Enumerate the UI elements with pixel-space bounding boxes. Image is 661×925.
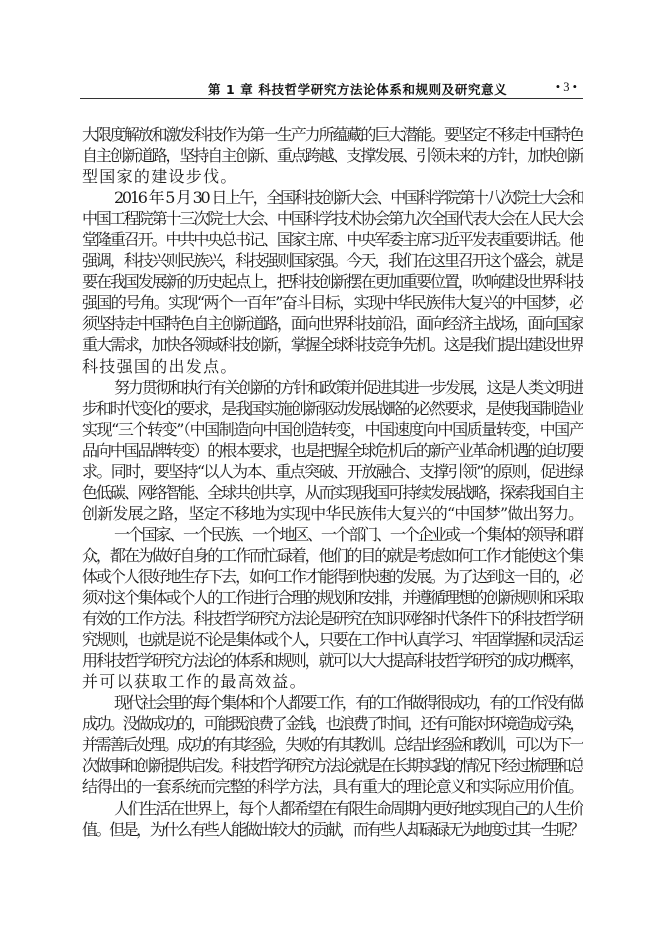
text-line: 成功。没做成功的，可能既浪费了金钱，也浪费了时间，还有可能对环境造成污染， (82, 713, 583, 734)
text-line: 型国家的建设步伐。 (82, 166, 583, 187)
text-line: 重大需求，加快各领域科技创新，掌握全球科技竞争先机。这是我们提出建设世界 (82, 334, 583, 355)
page-number: • 3 • (556, 80, 577, 95)
paragraph-first-line: 现代社会里的每个集体和个人都要工作，有的工作做得很成功，有的工作没有做 (82, 692, 583, 713)
text-line: 强调，科技兴则民族兴，科技强则国家强。今天，我们在这里召开这个盛会，就是 (82, 250, 583, 271)
text-line: 求。同时，要坚持“以人为本、重点突破、开放融合、支撑引领”的原则，促进绿 (82, 461, 583, 482)
chapter-title: 第 1 章 科技哲学研究方法论体系和规则及研究意义 (208, 80, 507, 98)
paragraph-first-line: 2016 年 5 月 30 日上午，全国科技创新大会、中国科学院第十八次院士大会… (82, 187, 583, 208)
body-text: 大限度解放和激发科技作为第一生产力所蕴藏的巨大潜能。要坚定不移走中国特色自主创新… (82, 124, 583, 840)
paragraph-first-line: 人们生活在世界上，每个人都希望在有限生命周期内更好地实现自己的人生价 (82, 798, 583, 819)
text-line: 创新发展之路，坚定不移地为实现中华民族伟大复兴的“中国梦”做出努力。 (82, 503, 583, 524)
text-line: 究规则，也就是说不论是集体或个人，只要在工作中认真学习、牢固掌握和灵活运 (82, 629, 583, 650)
text-line: 自主创新道路，坚持自主创新、重点跨越、支撑发展、引领未来的方针，加快创新 (82, 145, 583, 166)
text-line: 须对这个集体或个人的工作进行合理的规划和安排，并遵循理想的创新规则和采取 (82, 587, 583, 608)
document-page: 第 1 章 科技哲学研究方法论体系和规则及研究意义 • 3 • 大限度解放和激发… (0, 0, 661, 925)
running-header: 第 1 章 科技哲学研究方法论体系和规则及研究意义 • 3 • (80, 78, 583, 99)
text-line: 品向中国品牌转变）的根本要求，也是把握全球危机后的新产业革命机遇的迫切要 (82, 440, 583, 461)
text-line: 次做事和创新提供启发。科技哲学研究方法论就是在长期实践的情况下经过梳理和总 (82, 755, 583, 776)
text-line: 并可以获取工作的最高效益。 (82, 671, 583, 692)
text-line: 体或个人很好地生存下去，如何工作才能得到快速的发展。为了达到这一目的，必 (82, 566, 583, 587)
text-line: 用科技哲学研究方法论的体系和规则，就可以大大提高科技哲学研究的成功概率， (82, 650, 583, 671)
text-line: 要在我国发展新的历史起点上，把科技创新摆在更加重要位置，吹响建设世界科技 (82, 271, 583, 292)
text-line: 众，都在为做好自身的工作而忙碌着，他们的目的就是考虑如何工作才能使这个集 (82, 545, 583, 566)
text-line: 步和时代变化的要求，是我国实施创新驱动发展战略的必然要求，是使我国制造业 (82, 398, 583, 419)
text-line: 须坚持走中国特色自主创新道路，面向世界科技前沿，面向经济主战场，面向国家 (82, 313, 583, 334)
text-line: 实现“三个转变”（中国制造向中国创造转变，中国速度向中国质量转变，中国产 (82, 419, 583, 440)
paragraph-first-line: 一个国家、一个民族、一个地区、一个部门、一个企业或一个集体的领导和群 (82, 524, 583, 545)
text-line: 科技强国的出发点。 (82, 356, 583, 377)
text-line: 色低碳、网络智能、全球共创共享，从而实现我国可持续发展战略，探索我国自主 (82, 482, 583, 503)
paragraph-first-line: 努力贯彻和执行有关创新的方针和政策并促进其进一步发展，这是人类文明进 (82, 377, 583, 398)
text-line: 强国的号角。实现“两个一百年”奋斗目标，实现中华民族伟大复兴的中国梦，必 (82, 292, 583, 313)
text-line: 中国工程院第十三次院士大会、中国科学技术协会第九次全国代表大会在人民大会 (82, 208, 583, 229)
text-line: 堂隆重召开。中共中央总书记、国家主席、中央军委主席习近平发表重要讲话。他 (82, 229, 583, 250)
text-line: 大限度解放和激发科技作为第一生产力所蕴藏的巨大潜能。要坚定不移走中国特色 (82, 124, 583, 145)
text-line: 值。但是，为什么有些人能做出较大的贡献，而有些人却碌碌无为地度过其一生呢？ (82, 819, 583, 840)
text-line: 结得出的一套系统而完整的科学方法，具有重大的理论意义和实际应用价值。 (82, 776, 583, 797)
text-line: 并需善后处理。成功的有其经验，失败的有其教训。总结出经验和教训，可以为下一 (82, 734, 583, 755)
text-line: 有效的工作方法。科技哲学研究方法论是研究在知识网络时代条件下的科技哲学研 (82, 608, 583, 629)
